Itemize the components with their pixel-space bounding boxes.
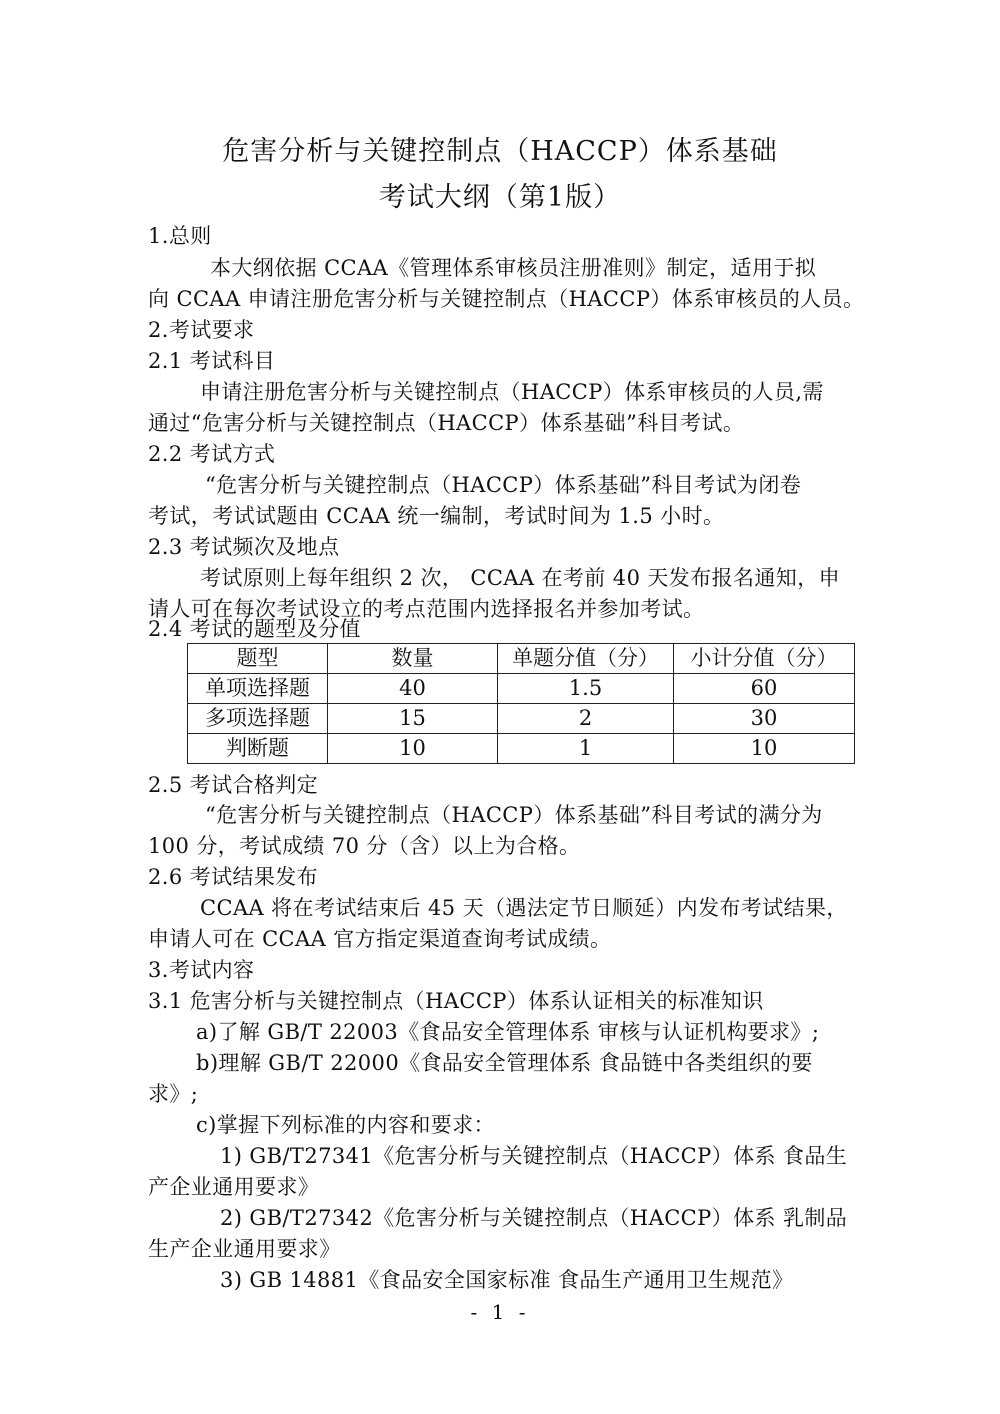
- section-heading: 2.4 考试的题型及分值: [148, 614, 361, 644]
- table-row: 判断题 10 1 10: [188, 734, 855, 764]
- table-cell: 40: [328, 674, 498, 704]
- list-item: b)理解 GB/T 22000《食品安全管理体系 食品链中各类组织的要: [196, 1048, 813, 1078]
- table-cell: 15: [328, 704, 498, 734]
- section-heading: 2.3 考试频次及地点: [148, 532, 339, 562]
- sub-list-item: 3) GB 14881《食品安全国家标准 食品生产通用卫生规范》: [220, 1265, 793, 1295]
- table-cell: 60: [674, 674, 855, 704]
- paragraph-line: 考试，考试试题由 CCAA 统一编制，考试时间为 1.5 小时。: [148, 501, 724, 531]
- paragraph-line: 向 CCAA 申请注册危害分析与关键控制点（HACCP）体系审核员的人员。: [148, 284, 864, 314]
- table-cell: 30: [674, 704, 855, 734]
- list-item-continuation: 求》;: [148, 1079, 198, 1109]
- paragraph-line: “危害分析与关键控制点（HACCP）体系基础”科目考试的满分为: [205, 800, 823, 830]
- section-heading: 1.总则: [148, 221, 212, 251]
- paragraph-line: 考试原则上每年组织 2 次， CCAA 在考前 40 天发布报名通知，申: [200, 563, 840, 593]
- table-cell: 1.5: [498, 674, 674, 704]
- table-cell: 判断题: [188, 734, 328, 764]
- table-row: 单项选择题 40 1.5 60: [188, 674, 855, 704]
- table-cell: 单项选择题: [188, 674, 328, 704]
- section-heading: 2.5 考试合格判定: [148, 770, 318, 800]
- table-cell: 多项选择题: [188, 704, 328, 734]
- table-header-cell: 单题分值（分）: [498, 644, 674, 674]
- paragraph-line: “危害分析与关键控制点（HACCP）体系基础”科目考试为闭卷: [205, 470, 801, 500]
- paragraph-line: CCAA 将在考试结束后 45 天（遇法定节日顺延）内发布考试结果，: [200, 893, 848, 923]
- list-item: a)了解 GB/T 22003《食品安全管理体系 审核与认证机构要求》;: [196, 1017, 819, 1047]
- section-heading: 2.2 考试方式: [148, 439, 275, 469]
- document-subtitle: 考试大纲（第1版）: [0, 178, 1000, 218]
- table-header-cell: 题型: [188, 644, 328, 674]
- table-cell: 2: [498, 704, 674, 734]
- paragraph-line: 申请人可在 CCAA 官方指定渠道查询考试成绩。: [148, 924, 611, 954]
- sub-list-item-continuation: 产企业通用要求》: [148, 1172, 319, 1202]
- table-cell: 1: [498, 734, 674, 764]
- table-cell: 10: [328, 734, 498, 764]
- section-heading: 3.考试内容: [148, 955, 254, 985]
- table-row: 多项选择题 15 2 30: [188, 704, 855, 734]
- paragraph-line: 本大纲依据 CCAA《管理体系审核员注册准则》制定，适用于拟: [210, 253, 816, 283]
- sub-list-item: 1) GB/T27341《危害分析与关键控制点（HACCP）体系 食品生: [220, 1141, 847, 1171]
- list-item: c)掌握下列标准的内容和要求：: [196, 1110, 495, 1140]
- section-heading: 2.1 考试科目: [148, 346, 275, 376]
- table-cell: 10: [674, 734, 855, 764]
- table-header-cell: 小计分值（分）: [674, 644, 855, 674]
- score-table: 题型 数量 单题分值（分） 小计分值（分） 单项选择题 40 1.5 60 多项…: [187, 643, 855, 764]
- table-header-row: 题型 数量 单题分值（分） 小计分值（分）: [188, 644, 855, 674]
- sub-list-item: 2) GB/T27342《危害分析与关键控制点（HACCP）体系 乳制品: [220, 1203, 847, 1233]
- paragraph-line: 100 分，考试成绩 70 分（含）以上为合格。: [148, 831, 580, 861]
- table-header-cell: 数量: [328, 644, 498, 674]
- section-heading: 2.6 考试结果发布: [148, 862, 318, 892]
- paragraph-line: 通过“危害分析与关键控制点（HACCP）体系基础”科目考试。: [148, 408, 744, 438]
- section-heading: 3.1 危害分析与关键控制点（HACCP）体系认证相关的标准知识: [148, 986, 764, 1016]
- page-number: - 1 -: [0, 1300, 1000, 1324]
- document-title: 危害分析与关键控制点（HACCP）体系基础: [0, 132, 1000, 172]
- section-heading: 2.考试要求: [148, 315, 254, 345]
- paragraph-line: 申请注册危害分析与关键控制点（HACCP）体系审核员的人员,需: [200, 377, 824, 407]
- sub-list-item-continuation: 生产企业通用要求》: [148, 1234, 341, 1264]
